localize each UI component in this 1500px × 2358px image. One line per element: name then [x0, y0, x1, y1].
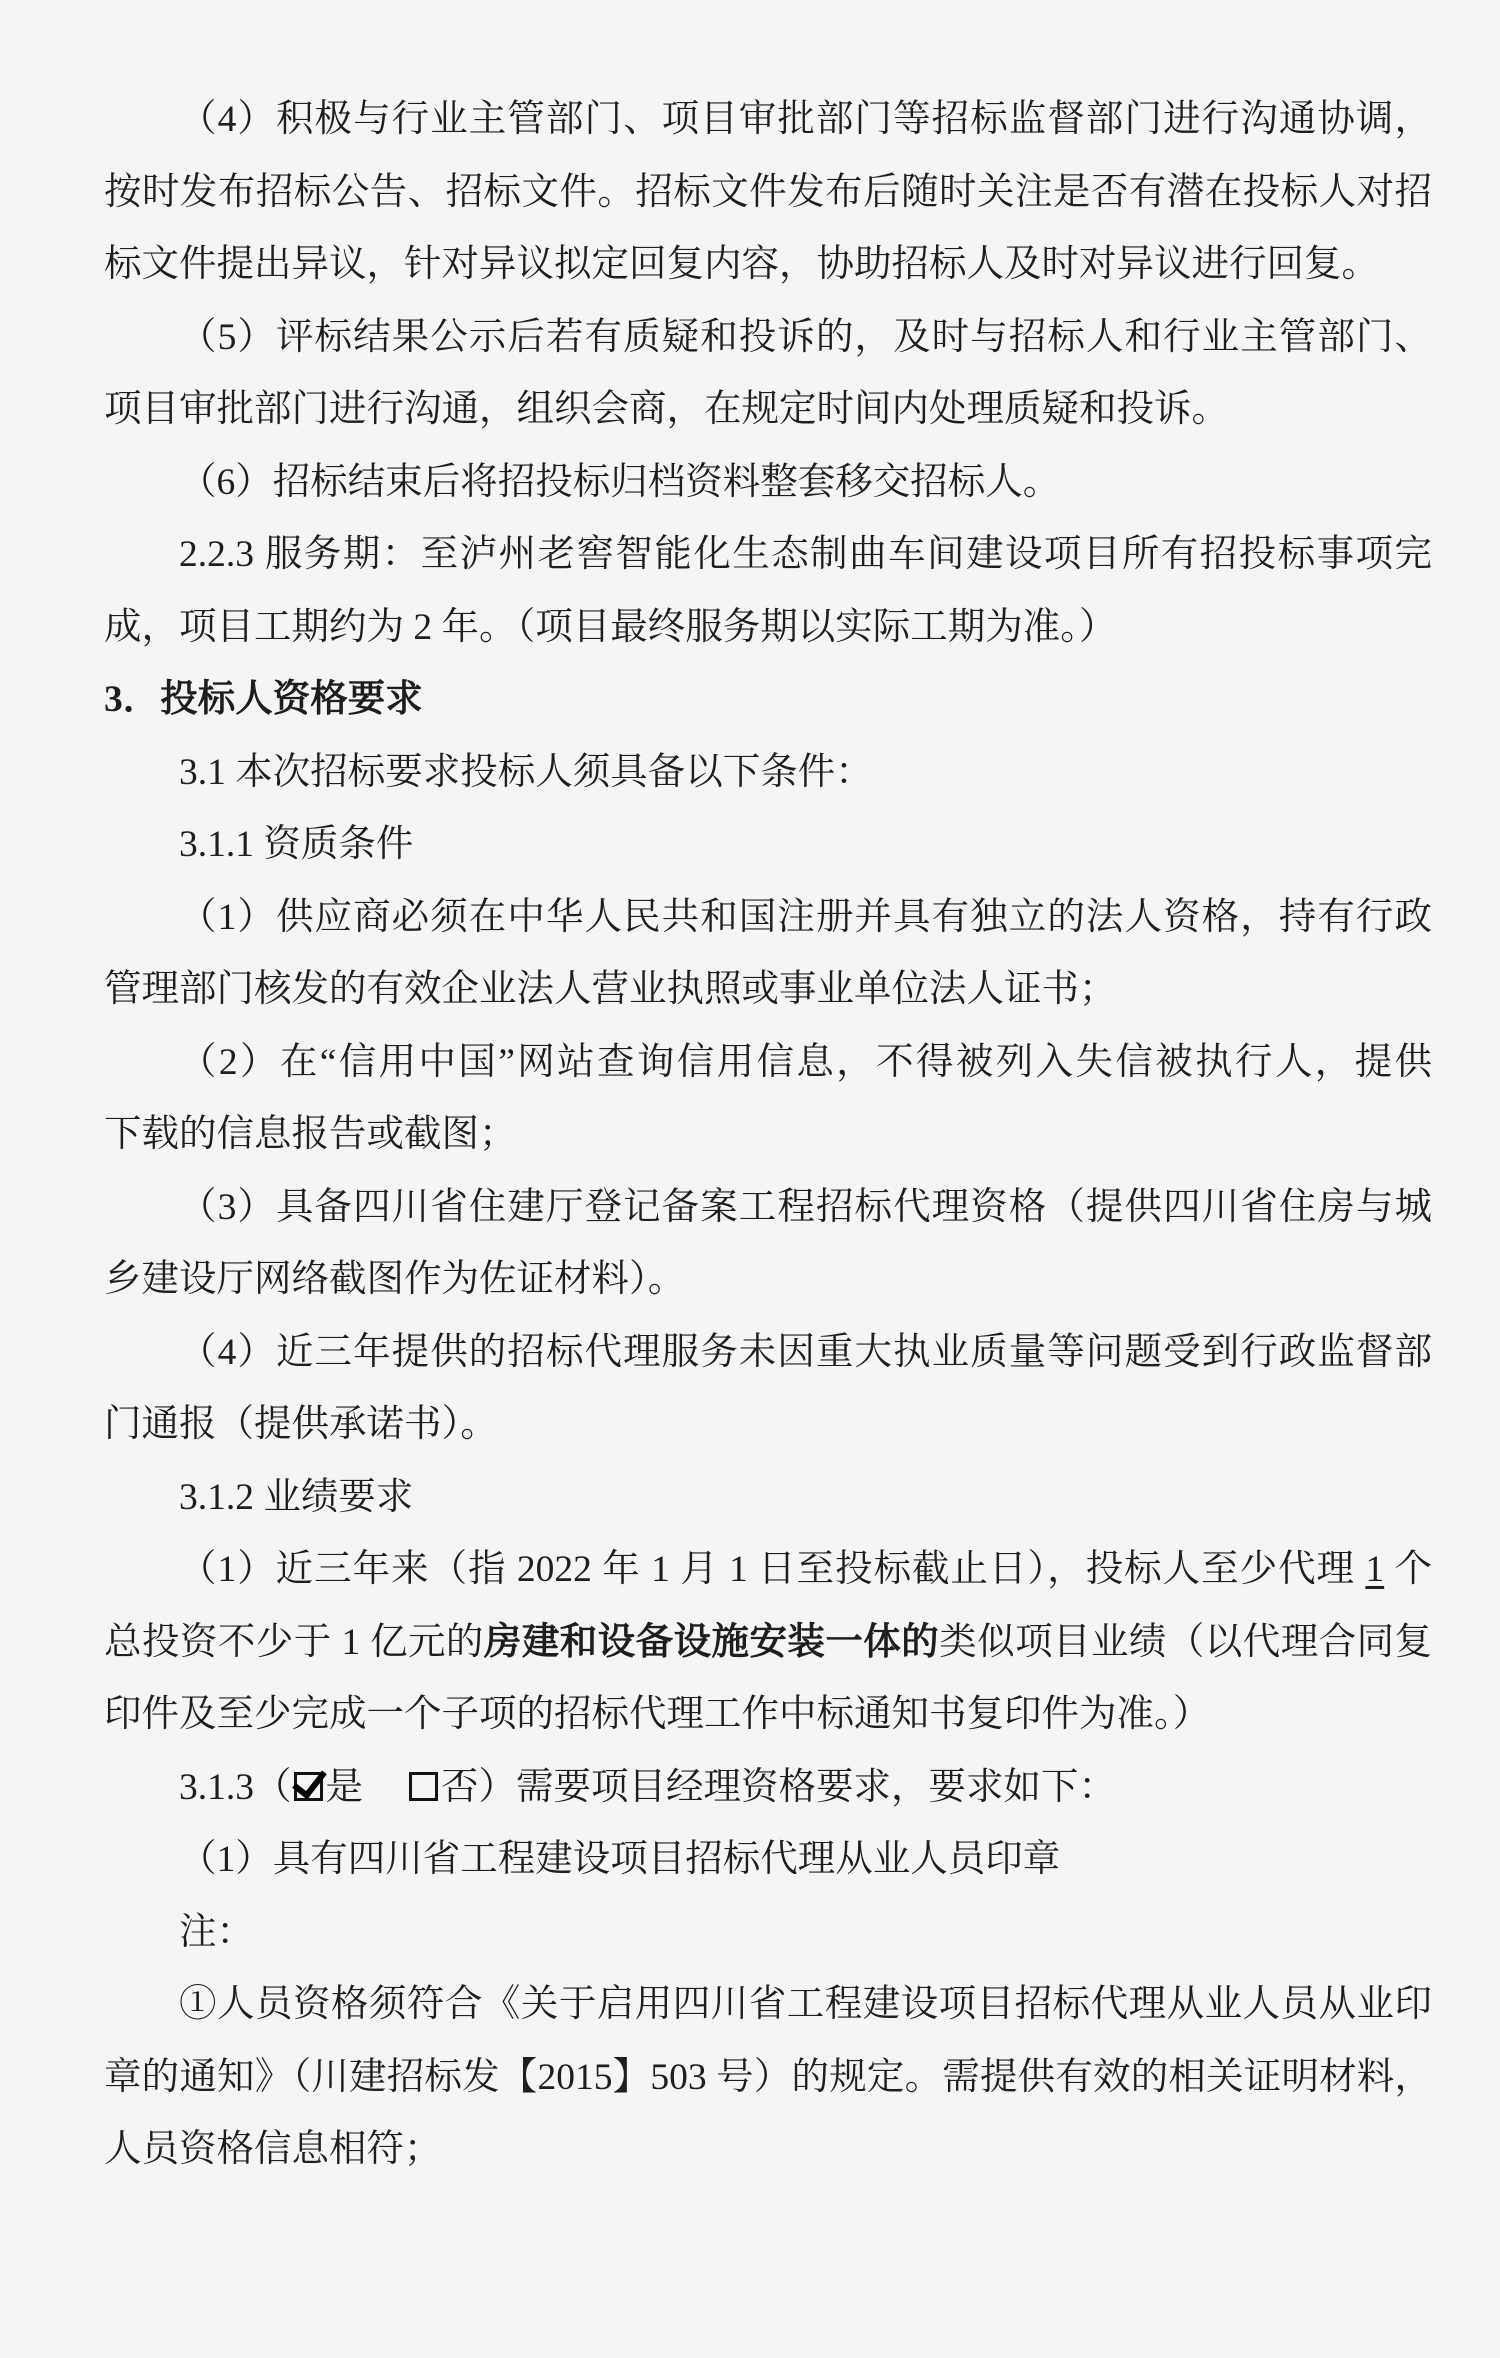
paragraph-line: 下载的信息报告或截图； [104, 1099, 1432, 1172]
subsection-heading: 3.1.1 资质条件 [104, 809, 1432, 882]
paragraph-line: （2）在“信用中国”网站查询信用信息，不得被列入失信被执行人，提供 [104, 1027, 1432, 1100]
line-text: 3.1.3（ [179, 1767, 292, 1808]
note-label: 注： [104, 1897, 1432, 1970]
paragraph-line: 2.2.3 服务期：至泸州老窖智能化生态制曲车间建设项目所有招投标事项完 [104, 519, 1432, 592]
paragraph-line: 乡建设厅网络截图作为佐证材料）。 [104, 1244, 1432, 1317]
paragraph-line: （1）具有四川省工程建设项目招标代理从业人员印章 [104, 1824, 1432, 1897]
paragraph-line: 项目审批部门进行沟通，组织会商，在规定时间内处理质疑和投诉。 [104, 374, 1432, 447]
line-text: ）需要项目经理资格要求，要求如下： [479, 1767, 1117, 1808]
document-body: （4）积极与行业主管部门、项目审批部门等招标监督部门进行沟通协调， 按时发布招标… [0, 0, 1500, 2187]
yes-label: 是 [326, 1767, 364, 1808]
paragraph-line: （5）评标结果公示后若有质疑和投诉的，及时与招标人和行业主管部门、 [104, 302, 1432, 375]
line-text: 类似项目业绩（以代理合同复 [939, 1622, 1432, 1663]
paragraph-line: 总投资不少于 1 亿元的房建和设备设施安装一体的类似项目业绩（以代理合同复 [104, 1607, 1432, 1680]
paragraph-line: （3）具备四川省住建厅登记备案工程招标代理资格（提供四川省住房与城 [104, 1172, 1432, 1245]
paragraph-line: 门通报（提供承诺书）。 [104, 1389, 1432, 1462]
bold-phrase: 房建和设备设施安装一体的 [484, 1622, 939, 1663]
paragraph-line: ①人员资格须符合《关于启用四川省工程建设项目招标代理从业人员从业印 [104, 1969, 1432, 2042]
subsection-heading: 3.1.2 业绩要求 [104, 1462, 1432, 1535]
line-text: （1）近三年来（指 2022 年 1 月 1 日至投标截止日），投标人至少代理 [179, 1549, 1365, 1590]
checked-checkbox-icon [294, 1772, 323, 1801]
paragraph-line: 3.1 本次招标要求投标人须具备以下条件： [104, 737, 1432, 810]
paragraph-line: （4）近三年提供的招标代理服务未因重大执业质量等问题受到行政监督部 [104, 1317, 1432, 1390]
document-page: （4）积极与行业主管部门、项目审批部门等招标监督部门进行沟通协调， 按时发布招标… [0, 0, 1500, 2358]
paragraph-line: （6）招标结束后将招投标归档资料整套移交招标人。 [104, 447, 1432, 520]
paragraph-line: （1）供应商必须在中华人民共和国注册并具有独立的法人资格，持有行政 [104, 882, 1432, 955]
paragraph-line: 人员资格信息相符； [104, 2114, 1432, 2187]
paragraph-line: 3.1.3（是否）需要项目经理资格要求，要求如下： [104, 1752, 1432, 1825]
paragraph-line: （4）积极与行业主管部门、项目审批部门等招标监督部门进行沟通协调， [104, 84, 1432, 157]
paragraph-line: 印件及至少完成一个子项的招标代理工作中标通知书复印件为准。） [104, 1679, 1432, 1752]
no-label: 否 [441, 1767, 479, 1808]
section-heading-bidder-qualification: 3．投标人资格要求 [104, 664, 1432, 737]
paragraph-line: 标文件提出异议，针对异议拟定回复内容，协助招标人及时对异议进行回复。 [104, 229, 1432, 302]
line-text: 个 [1384, 1549, 1432, 1590]
empty-checkbox-icon [409, 1772, 438, 1801]
paragraph-line: （1）近三年来（指 2022 年 1 月 1 日至投标截止日），投标人至少代理 … [104, 1534, 1432, 1607]
paragraph-line: 章的通知》（川建招标发【2015】503 号）的规定。需提供有效的相关证明材料， [104, 2042, 1432, 2115]
underlined-count: 1 [1365, 1549, 1384, 1590]
paragraph-line: 管理部门核发的有效企业法人营业执照或事业单位法人证书； [104, 954, 1432, 1027]
paragraph-line: 按时发布招标公告、招标文件。招标文件发布后随时关注是否有潜在投标人对招 [104, 157, 1432, 230]
line-text: 总投资不少于 1 亿元的 [104, 1622, 484, 1663]
paragraph-line: 成，项目工期约为 2 年。（项目最终服务期以实际工期为准。） [104, 592, 1432, 665]
